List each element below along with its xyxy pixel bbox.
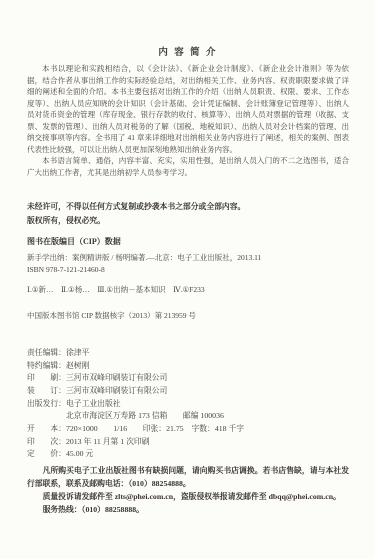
colophon-line-editor: 责任编辑：徐津平 <box>27 347 349 360</box>
colophon-line-publisher: 出版发行：电子工业出版社 <box>27 398 349 411</box>
copyright-notice-line-2: 版权所有，侵权必究。 <box>27 214 349 228</box>
service-notice-hotline: 服务热线：（010）88258888。 <box>27 503 349 516</box>
colophon-line-format: 开 本：720×1000 1/16 印张：21.75 字数：418 千字 <box>27 423 349 436</box>
cip-classification: Ⅰ.①新… Ⅱ.①杨… Ⅲ.①出纳－基本知识 Ⅳ.①F233 <box>27 284 349 296</box>
cip-record-number: 中国版本图书馆 CIP 数据核字（2013）第 213959 号 <box>27 310 349 322</box>
content-summary-title: 内 容 简 介 <box>27 44 349 58</box>
cip-heading: 图书在版编目（CIP）数据 <box>27 236 349 247</box>
colophon-line-binder: 装 订：三河市双峰印刷装订有限公司 <box>27 385 349 398</box>
summary-paragraph-1: 本书以理论和实践相结合，以《会计法》、《新企业会计制度》、《新企业会计准则》等为… <box>27 63 349 155</box>
content-summary: 本书以理论和实践相结合，以《会计法》、《新企业会计制度》、《新企业会计准则》等为… <box>27 63 349 178</box>
colophon-line-printer: 印 刷：三河市双峰印刷装订有限公司 <box>27 372 349 385</box>
cip-entry: 新手学出纳：案例精讲版 / 杨明编著.—北京：电子工业出版社，2013.11 <box>27 252 349 264</box>
colophon-line-contract-editor: 特约编辑：赵树刚 <box>27 360 349 373</box>
copyright-notice: 未经许可，不得以任何方式复制或抄袭本书之部分或全部内容。 版权所有，侵权必究。 <box>27 200 349 228</box>
service-notice-exchange: 凡所购买电子工业出版社图书有缺损问题，请向购买书店调换。若书店售缺，请与本社发行… <box>27 464 349 490</box>
colophon-line-price: 定 价：45.00 元 <box>27 448 349 461</box>
copyright-notice-line-1: 未经许可，不得以任何方式复制或抄袭本书之部分或全部内容。 <box>27 200 349 214</box>
cip-data-block: 图书在版编目（CIP）数据 新手学出纳：案例精讲版 / 杨明编著.—北京：电子工… <box>27 236 349 321</box>
summary-paragraph-2: 本书语言简单、通俗，内容丰富、充实，实用性强，是出纳人员入门的不二之选图书，适合… <box>27 155 349 178</box>
colophon-line-address: 北京市海淀区万寿路 173 信箱 邮编 100036 <box>27 410 349 423</box>
cip-isbn: ISBN 978-7-121-21460-8 <box>27 264 349 276</box>
colophon-block: 责任编辑：徐津平 特约编辑：赵树刚 印 刷：三河市双峰印刷装订有限公司 装 订：… <box>27 347 349 461</box>
colophon-line-impression: 印 次：2013 年 11 月第 1 次印刷 <box>27 436 349 449</box>
service-notice-emails: 质量投诉请发邮件至 zlts@phei.com.cn，盗版侵权举报请发邮件至 d… <box>27 490 349 503</box>
book-copyright-page: 内 容 简 介 本书以理论和实践相结合，以《会计法》、《新企业会计制度》、《新企… <box>0 0 375 559</box>
service-notice-block: 凡所购买电子工业出版社图书有缺损问题，请向购买书店调换。若书店售缺，请与本社发行… <box>27 464 349 516</box>
